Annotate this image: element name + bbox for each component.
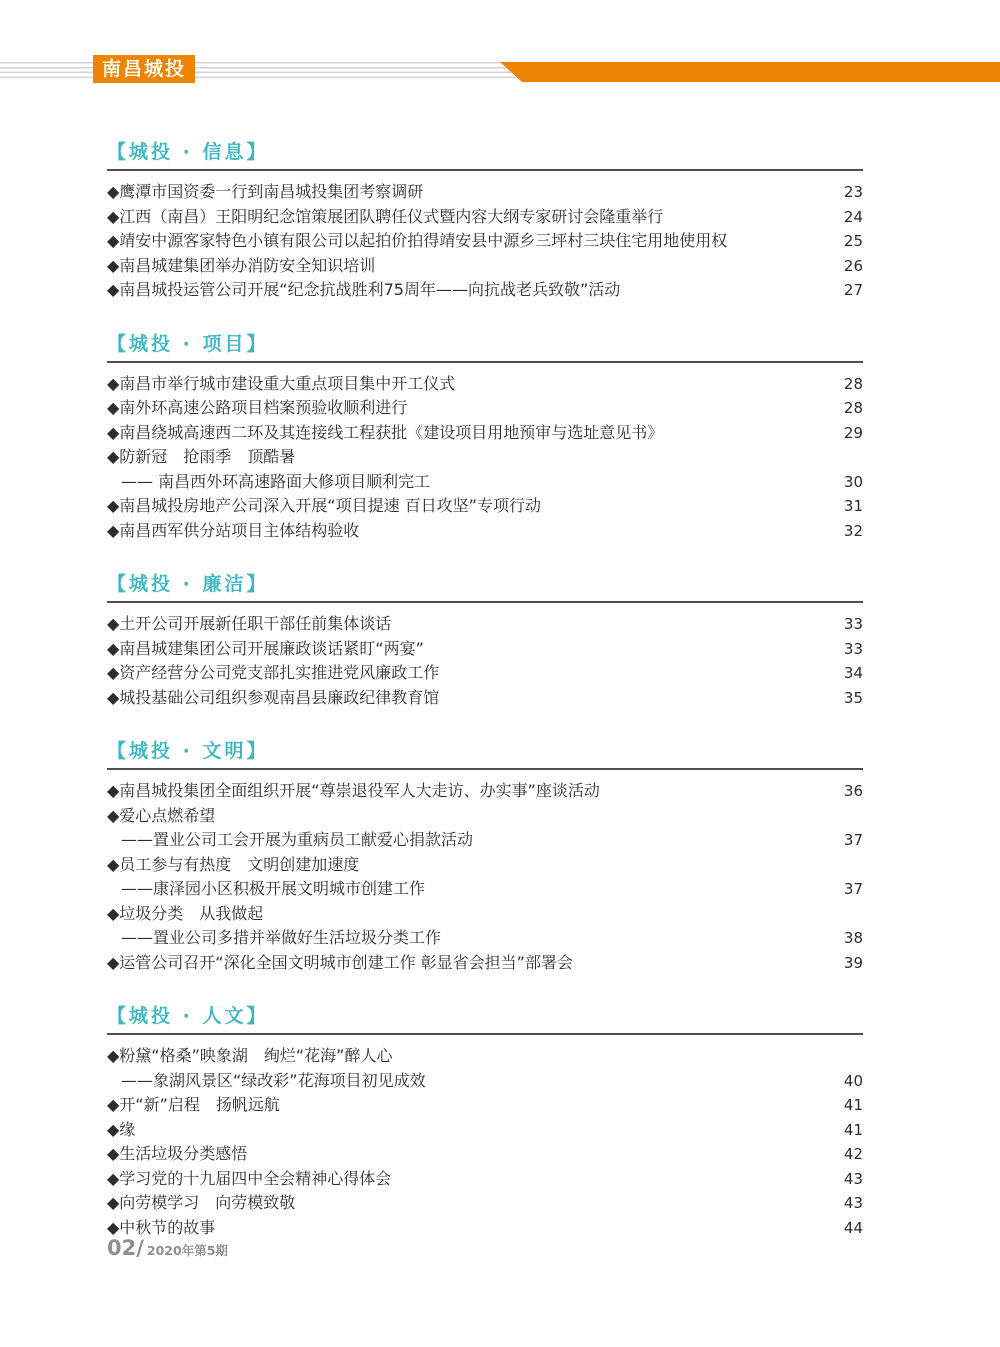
- section-title: 【城投 · 廉洁】: [107, 573, 863, 595]
- brand-badge: 南昌城投: [93, 55, 195, 83]
- brand-title: 南昌城投: [102, 58, 186, 80]
- entry-page-number: 23: [844, 180, 863, 205]
- toc-section: 【城投 · 项目】◆南昌市举行城市建设重大重点项目集中开工仪式28◆南外环高速公…: [107, 333, 863, 544]
- toc-section: 【城投 · 人文】◆粉黛“格桑”映象湖 绚烂“花海”醉人心——象湖风景区“绿改彩…: [107, 1005, 863, 1240]
- entry-page-number: 37: [844, 877, 863, 902]
- section-rule: [107, 169, 863, 171]
- entry-title: ◆鹰潭市国资委一行到南昌城投集团考察调研: [107, 180, 834, 205]
- entry-page-number: 43: [844, 1191, 863, 1216]
- toc-entry-line: ◆土开公司开展新任职干部任前集体谈话33: [107, 612, 863, 637]
- toc-section: 【城投 · 信息】◆鹰潭市国资委一行到南昌城投集团考察调研23◆江西（南昌）王阳…: [107, 141, 863, 303]
- entry-title: ——置业公司多措并举做好生活垃圾分类工作: [107, 926, 834, 951]
- section-rule: [107, 1033, 863, 1035]
- toc-entry-line: —— 南昌西外环高速路面大修项目顺利完工30: [107, 470, 863, 495]
- entry-title: ◆向劳模学习 向劳模致敬: [107, 1191, 834, 1216]
- toc-entry-line: ◆垃圾分类 从我做起: [107, 902, 863, 927]
- toc-entry-line: ——象湖风景区“绿改彩”花海项目初见成效40: [107, 1069, 863, 1094]
- entry-page-number: 36: [844, 779, 863, 804]
- section-rule: [107, 768, 863, 770]
- entry-page-number: 30: [844, 470, 863, 495]
- toc-item-list: ◆鹰潭市国资委一行到南昌城投集团考察调研23◆江西（南昌）王阳明纪念馆策展团队聘…: [107, 180, 863, 303]
- section-rule: [107, 601, 863, 603]
- toc-entry-line: ◆学习党的十九届四中全会精神心得体会43: [107, 1167, 863, 1192]
- toc-entry-line: ◆南昌西军供分站项目主体结构验收32: [107, 519, 863, 544]
- toc-entry-line: ——置业公司工会开展为重病员工献爱心捐款活动37: [107, 828, 863, 853]
- toc-entry-line: ◆资产经营分公司党支部扎实推进党风廉政工作34: [107, 661, 863, 686]
- toc-entry-line: ◆南昌城投运管公司开展“纪念抗战胜利75周年——向抗战老兵致敬”活动27: [107, 278, 863, 303]
- entry-title: ◆南昌城建集团举办消防安全知识培训: [107, 254, 834, 279]
- entry-title: ◆土开公司开展新任职干部任前集体谈话: [107, 612, 834, 637]
- toc-entry-line: ◆爱心点燃希望: [107, 804, 863, 829]
- entry-title: ◆员工参与有热度 文明创建加速度: [107, 853, 863, 878]
- entry-title: ◆南昌城投集团全面组织开展“尊崇退役军人大走访、办实事”座谈活动: [107, 779, 834, 804]
- toc-entry-line: ◆南昌绕城高速西二环及其连接线工程获批《建设项目用地预审与选址意见书》29: [107, 421, 863, 446]
- entry-page-number: 27: [844, 278, 863, 303]
- toc-entry-line: ◆防新冠 抢雨季 顶酷暑: [107, 445, 863, 470]
- toc-section: 【城投 · 文明】◆南昌城投集团全面组织开展“尊崇退役军人大走访、办实事”座谈活…: [107, 740, 863, 975]
- header-banner-bar: [500, 62, 1000, 82]
- entry-page-number: 25: [844, 229, 863, 254]
- toc-entry-line: ——置业公司多措并举做好生活垃圾分类工作38: [107, 926, 863, 951]
- entry-title: ◆南昌城投运管公司开展“纪念抗战胜利75周年——向抗战老兵致敬”活动: [107, 278, 834, 303]
- entry-page-number: 41: [844, 1118, 863, 1143]
- entry-title: ◆爱心点燃希望: [107, 804, 863, 829]
- entry-page-number: 39: [844, 951, 863, 976]
- toc-entry-line: ◆南外环高速公路项目档案预验收顺利进行28: [107, 396, 863, 421]
- toc-item-list: ◆土开公司开展新任职干部任前集体谈话33◆南昌城建集团公司开展廉政谈话紧盯“两宴…: [107, 612, 863, 710]
- section-rule: [107, 361, 863, 363]
- entry-title: ◆城投基础公司组织参观南昌县廉政纪律教育馆: [107, 686, 834, 711]
- magazine-toc-page: 南昌城投 【城投 · 信息】◆鹰潭市国资委一行到南昌城投集团考察调研23◆江西（…: [0, 0, 1000, 1347]
- toc-entry-line: ◆江西（南昌）王阳明纪念馆策展团队聘任仪式暨内容大纲专家研讨会隆重举行24: [107, 205, 863, 230]
- entry-title: ◆运管公司召开“深化全国文明城市创建工作 彰显省会担当”部署会: [107, 951, 834, 976]
- entry-title: ◆垃圾分类 从我做起: [107, 902, 863, 927]
- entry-title: ◆靖安中源客家特色小镇有限公司以起拍价拍得靖安县中源乡三坪村三块住宅用地使用权: [107, 229, 834, 254]
- entry-page-number: 40: [844, 1069, 863, 1094]
- entry-title: ◆南昌西军供分站项目主体结构验收: [107, 519, 834, 544]
- toc-entry-line: ◆员工参与有热度 文明创建加速度: [107, 853, 863, 878]
- toc-entry-line: ◆向劳模学习 向劳模致敬43: [107, 1191, 863, 1216]
- entry-page-number: 41: [844, 1093, 863, 1118]
- entry-page-number: 28: [844, 396, 863, 421]
- section-title: 【城投 · 信息】: [107, 141, 863, 163]
- section-title: 【城投 · 文明】: [107, 740, 863, 762]
- toc-entry-line: ◆南昌城建集团公司开展廉政谈话紧盯“两宴”33: [107, 637, 863, 662]
- toc-entry-line: ◆粉黛“格桑”映象湖 绚烂“花海”醉人心: [107, 1044, 863, 1069]
- toc-content: 【城投 · 信息】◆鹰潭市国资委一行到南昌城投集团考察调研23◆江西（南昌）王阳…: [107, 141, 863, 1270]
- entry-title: ◆资产经营分公司党支部扎实推进党风廉政工作: [107, 661, 834, 686]
- entry-title: ◆南昌城建集团公司开展廉政谈话紧盯“两宴”: [107, 637, 834, 662]
- toc-entry-line: ◆生活垃圾分类感悟42: [107, 1142, 863, 1167]
- entry-page-number: 37: [844, 828, 863, 853]
- toc-entry-line: ◆南昌城投集团全面组织开展“尊崇退役军人大走访、办实事”座谈活动36: [107, 779, 863, 804]
- toc-sections: 【城投 · 信息】◆鹰潭市国资委一行到南昌城投集团考察调研23◆江西（南昌）王阳…: [107, 141, 863, 1240]
- entry-title: ◆防新冠 抢雨季 顶酷暑: [107, 445, 863, 470]
- entry-page-number: 38: [844, 926, 863, 951]
- toc-item-list: ◆南昌城投集团全面组织开展“尊崇退役军人大走访、办实事”座谈活动36◆爱心点燃希…: [107, 779, 863, 975]
- entry-page-number: 28: [844, 372, 863, 397]
- entry-title: ◆粉黛“格桑”映象湖 绚烂“花海”醉人心: [107, 1044, 863, 1069]
- page-footer: 02/ 2020年第5期: [107, 1236, 228, 1260]
- section-title: 【城投 · 项目】: [107, 333, 863, 355]
- entry-page-number: 33: [844, 637, 863, 662]
- entry-title: ——象湖风景区“绿改彩”花海项目初见成效: [107, 1069, 834, 1094]
- toc-entry-line: ◆运管公司召开“深化全国文明城市创建工作 彰显省会担当”部署会39: [107, 951, 863, 976]
- entry-title: ◆开“新”启程 扬帆远航: [107, 1093, 834, 1118]
- entry-page-number: 44: [844, 1216, 863, 1241]
- toc-entry-line: ◆城投基础公司组织参观南昌县廉政纪律教育馆35: [107, 686, 863, 711]
- section-title: 【城投 · 人文】: [107, 1005, 863, 1027]
- entry-title: ◆缘: [107, 1118, 834, 1143]
- entry-title: ◆生活垃圾分类感悟: [107, 1142, 834, 1167]
- toc-entry-line: ◆靖安中源客家特色小镇有限公司以起拍价拍得靖安县中源乡三坪村三块住宅用地使用权2…: [107, 229, 863, 254]
- entry-title: ◆南昌城投房地产公司深入开展“项目提速 百日攻坚”专项行动: [107, 494, 834, 519]
- entry-page-number: 24: [844, 205, 863, 230]
- entry-title: ——置业公司工会开展为重病员工献爱心捐款活动: [107, 828, 834, 853]
- entry-page-number: 42: [844, 1142, 863, 1167]
- toc-entry-line: ◆南昌市举行城市建设重大重点项目集中开工仪式28: [107, 372, 863, 397]
- toc-entry-line: ◆鹰潭市国资委一行到南昌城投集团考察调研23: [107, 180, 863, 205]
- toc-item-list: ◆粉黛“格桑”映象湖 绚烂“花海”醉人心——象湖风景区“绿改彩”花海项目初见成效…: [107, 1044, 863, 1240]
- entry-title: —— 南昌西外环高速路面大修项目顺利完工: [107, 470, 834, 495]
- toc-entry-line: ◆缘41: [107, 1118, 863, 1143]
- toc-entry-line: ◆开“新”启程 扬帆远航41: [107, 1093, 863, 1118]
- entry-page-number: 33: [844, 612, 863, 637]
- entry-page-number: 26: [844, 254, 863, 279]
- entry-page-number: 31: [844, 494, 863, 519]
- entry-title: ——康泽园小区积极开展文明城市创建工作: [107, 877, 834, 902]
- entry-page-number: 32: [844, 519, 863, 544]
- entry-title: ◆南昌绕城高速西二环及其连接线工程获批《建设项目用地预审与选址意见书》: [107, 421, 834, 446]
- toc-item-list: ◆南昌市举行城市建设重大重点项目集中开工仪式28◆南外环高速公路项目档案预验收顺…: [107, 372, 863, 544]
- entry-title: ◆南外环高速公路项目档案预验收顺利进行: [107, 396, 834, 421]
- toc-entry-line: ◆南昌城建集团举办消防安全知识培训26: [107, 254, 863, 279]
- entry-page-number: 43: [844, 1167, 863, 1192]
- toc-entry-line: ◆南昌城投房地产公司深入开展“项目提速 百日攻坚”专项行动31: [107, 494, 863, 519]
- toc-section: 【城投 · 廉洁】◆土开公司开展新任职干部任前集体谈话33◆南昌城建集团公司开展…: [107, 573, 863, 710]
- toc-entry-line: ——康泽园小区积极开展文明城市创建工作37: [107, 877, 863, 902]
- footer-page-number: 02/: [107, 1236, 144, 1260]
- entry-title: ◆南昌市举行城市建设重大重点项目集中开工仪式: [107, 372, 834, 397]
- entry-title: ◆学习党的十九届四中全会精神心得体会: [107, 1167, 834, 1192]
- footer-issue-label: 2020年第5期: [147, 1241, 228, 1259]
- entry-page-number: 29: [844, 421, 863, 446]
- entry-page-number: 35: [844, 686, 863, 711]
- entry-title: ◆江西（南昌）王阳明纪念馆策展团队聘任仪式暨内容大纲专家研讨会隆重举行: [107, 205, 834, 230]
- entry-page-number: 34: [844, 661, 863, 686]
